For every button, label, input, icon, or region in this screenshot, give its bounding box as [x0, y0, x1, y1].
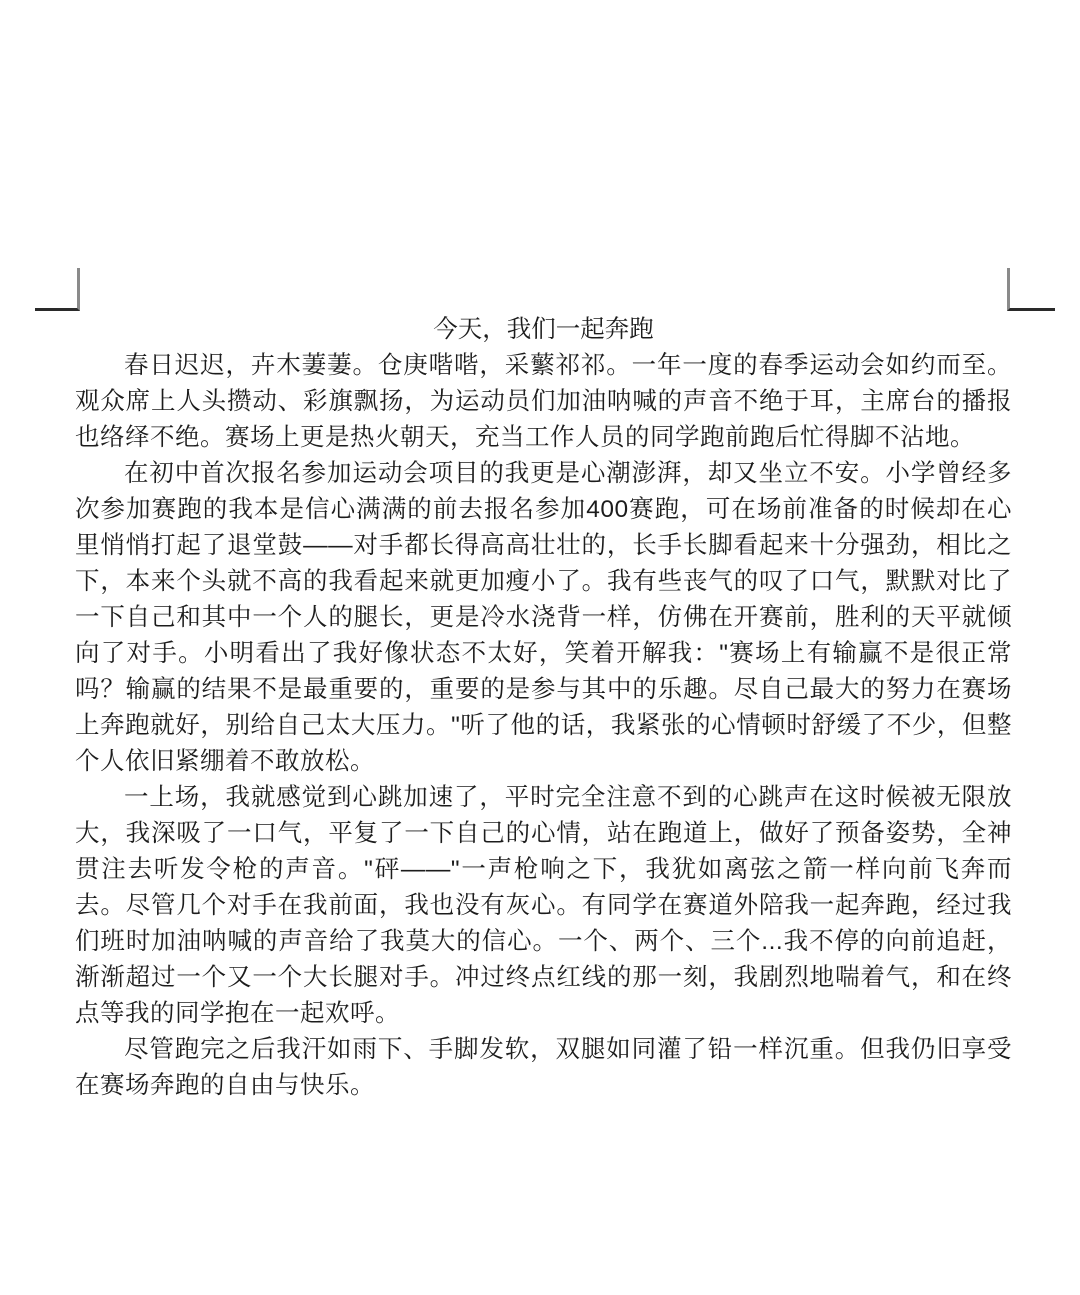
essay-paragraph: 春日迟迟，卉木萋萋。仓庚喈喈，采蘩祁祁。一年一度的春季运动会如约而至。观众席上人… [75, 348, 1012, 456]
essay-paragraph: 在初中首次报名参加运动会项目的我更是心潮澎湃，却又坐立不安。小学曾经多次参加赛跑… [75, 456, 1012, 780]
essay-title: 今天，我们一起奔跑 [75, 312, 1012, 348]
document-page: 今天，我们一起奔跑 春日迟迟，卉木萋萋。仓庚喈喈，采蘩祁祁。一年一度的春季运动会… [0, 0, 1080, 1295]
essay-paragraph: 一上场，我就感觉到心跳加速了，平时完全注意不到的心跳声在这时候被无限放大，我深吸… [75, 780, 1012, 1032]
essay-content: 今天，我们一起奔跑 春日迟迟，卉木萋萋。仓庚喈喈，采蘩祁祁。一年一度的春季运动会… [75, 312, 1012, 1104]
crop-mark-top-right [1007, 268, 1055, 311]
essay-paragraph: 尽管跑完之后我汗如雨下、手脚发软，双腿如同灌了铅一样沉重。但我仍旧享受在赛场奔跑… [75, 1032, 1012, 1104]
crop-mark-top-left [35, 268, 80, 311]
essay-body: 春日迟迟，卉木萋萋。仓庚喈喈，采蘩祁祁。一年一度的春季运动会如约而至。观众席上人… [75, 348, 1012, 1104]
